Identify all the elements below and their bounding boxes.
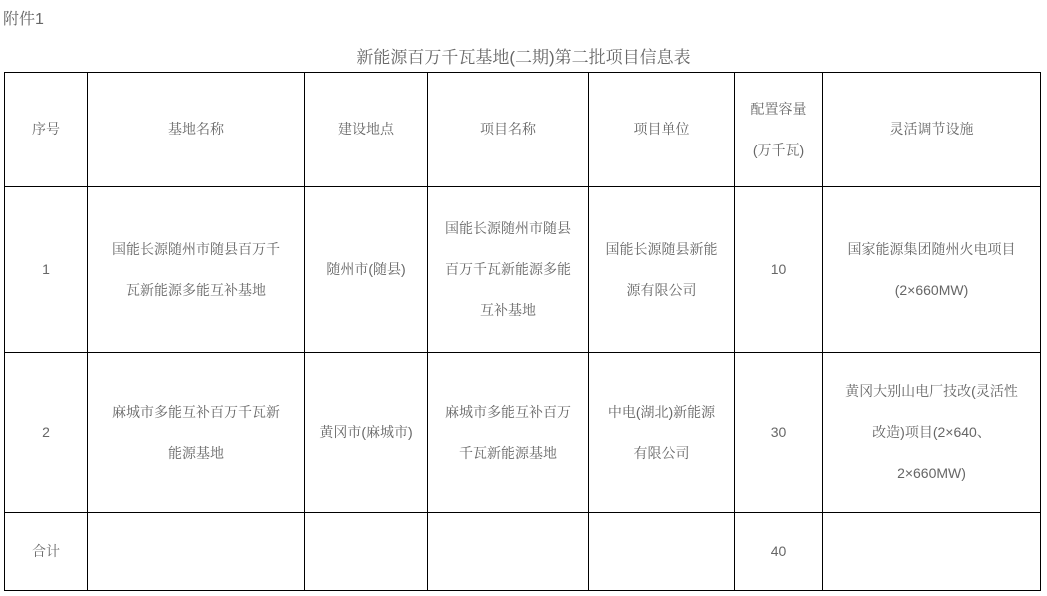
cell-project-name: 国能长源随州市随县百万千瓦新能源多能互补基地 xyxy=(428,187,589,353)
cell-project-unit: 中电(湖北)新能源有限公司 xyxy=(589,353,735,513)
cell-base-name: 麻城市多能互补百万千瓦新能源基地 xyxy=(88,353,305,513)
col-header-unit: 项目单位 xyxy=(589,73,735,187)
cell-base-name: 国能长源随州市随县百万千瓦新能源多能互补基地 xyxy=(88,187,305,353)
col-header-base: 基地名称 xyxy=(88,73,305,187)
table-header-row: 序号 基地名称 建设地点 项目名称 项目单位 配置容量 (万千瓦) 灵活调节设施 xyxy=(5,73,1041,187)
total-empty-cell xyxy=(428,513,589,591)
col-header-capacity-line2: (万千瓦) xyxy=(753,142,804,158)
attachment-label: 附件1 xyxy=(3,6,44,29)
cell-facility: 国家能源集团随州火电项目(2×660MW) xyxy=(823,187,1041,353)
cell-capacity: 30 xyxy=(735,353,823,513)
col-header-project: 项目名称 xyxy=(428,73,589,187)
cell-facility: 黄冈大别山电厂技改(灵活性改造)项目(2×640、2×660MW) xyxy=(823,353,1041,513)
total-empty-cell xyxy=(88,513,305,591)
col-header-location: 建设地点 xyxy=(305,73,428,187)
cell-project-name: 麻城市多能互补百万千瓦新能源基地 xyxy=(428,353,589,513)
total-label-cell: 合计 xyxy=(5,513,88,591)
cell-location: 黄冈市(麻城市) xyxy=(305,353,428,513)
total-empty-cell xyxy=(589,513,735,591)
total-capacity-cell: 40 xyxy=(735,513,823,591)
table-row: 2 麻城市多能互补百万千瓦新能源基地 黄冈市(麻城市) 麻城市多能互补百万千瓦新… xyxy=(5,353,1041,513)
col-header-capacity: 配置容量 (万千瓦) xyxy=(735,73,823,187)
table-row: 1 国能长源随州市随县百万千瓦新能源多能互补基地 随州市(随县) 国能长源随州市… xyxy=(5,187,1041,353)
total-empty-cell xyxy=(823,513,1041,591)
cell-seq: 1 xyxy=(5,187,88,353)
cell-location: 随州市(随县) xyxy=(305,187,428,353)
col-header-seq: 序号 xyxy=(5,73,88,187)
cell-project-unit: 国能长源随县新能源有限公司 xyxy=(589,187,735,353)
cell-seq: 2 xyxy=(5,353,88,513)
table-total-row: 合计 40 xyxy=(5,513,1041,591)
cell-capacity: 10 xyxy=(735,187,823,353)
project-info-table: 序号 基地名称 建设地点 项目名称 项目单位 配置容量 (万千瓦) 灵活调节设施… xyxy=(4,72,1041,591)
col-header-facility: 灵活调节设施 xyxy=(823,73,1041,187)
col-header-capacity-line1: 配置容量 xyxy=(751,101,807,117)
page-title: 新能源百万千瓦基地(二期)第二批项目信息表 xyxy=(0,43,1047,68)
total-empty-cell xyxy=(305,513,428,591)
